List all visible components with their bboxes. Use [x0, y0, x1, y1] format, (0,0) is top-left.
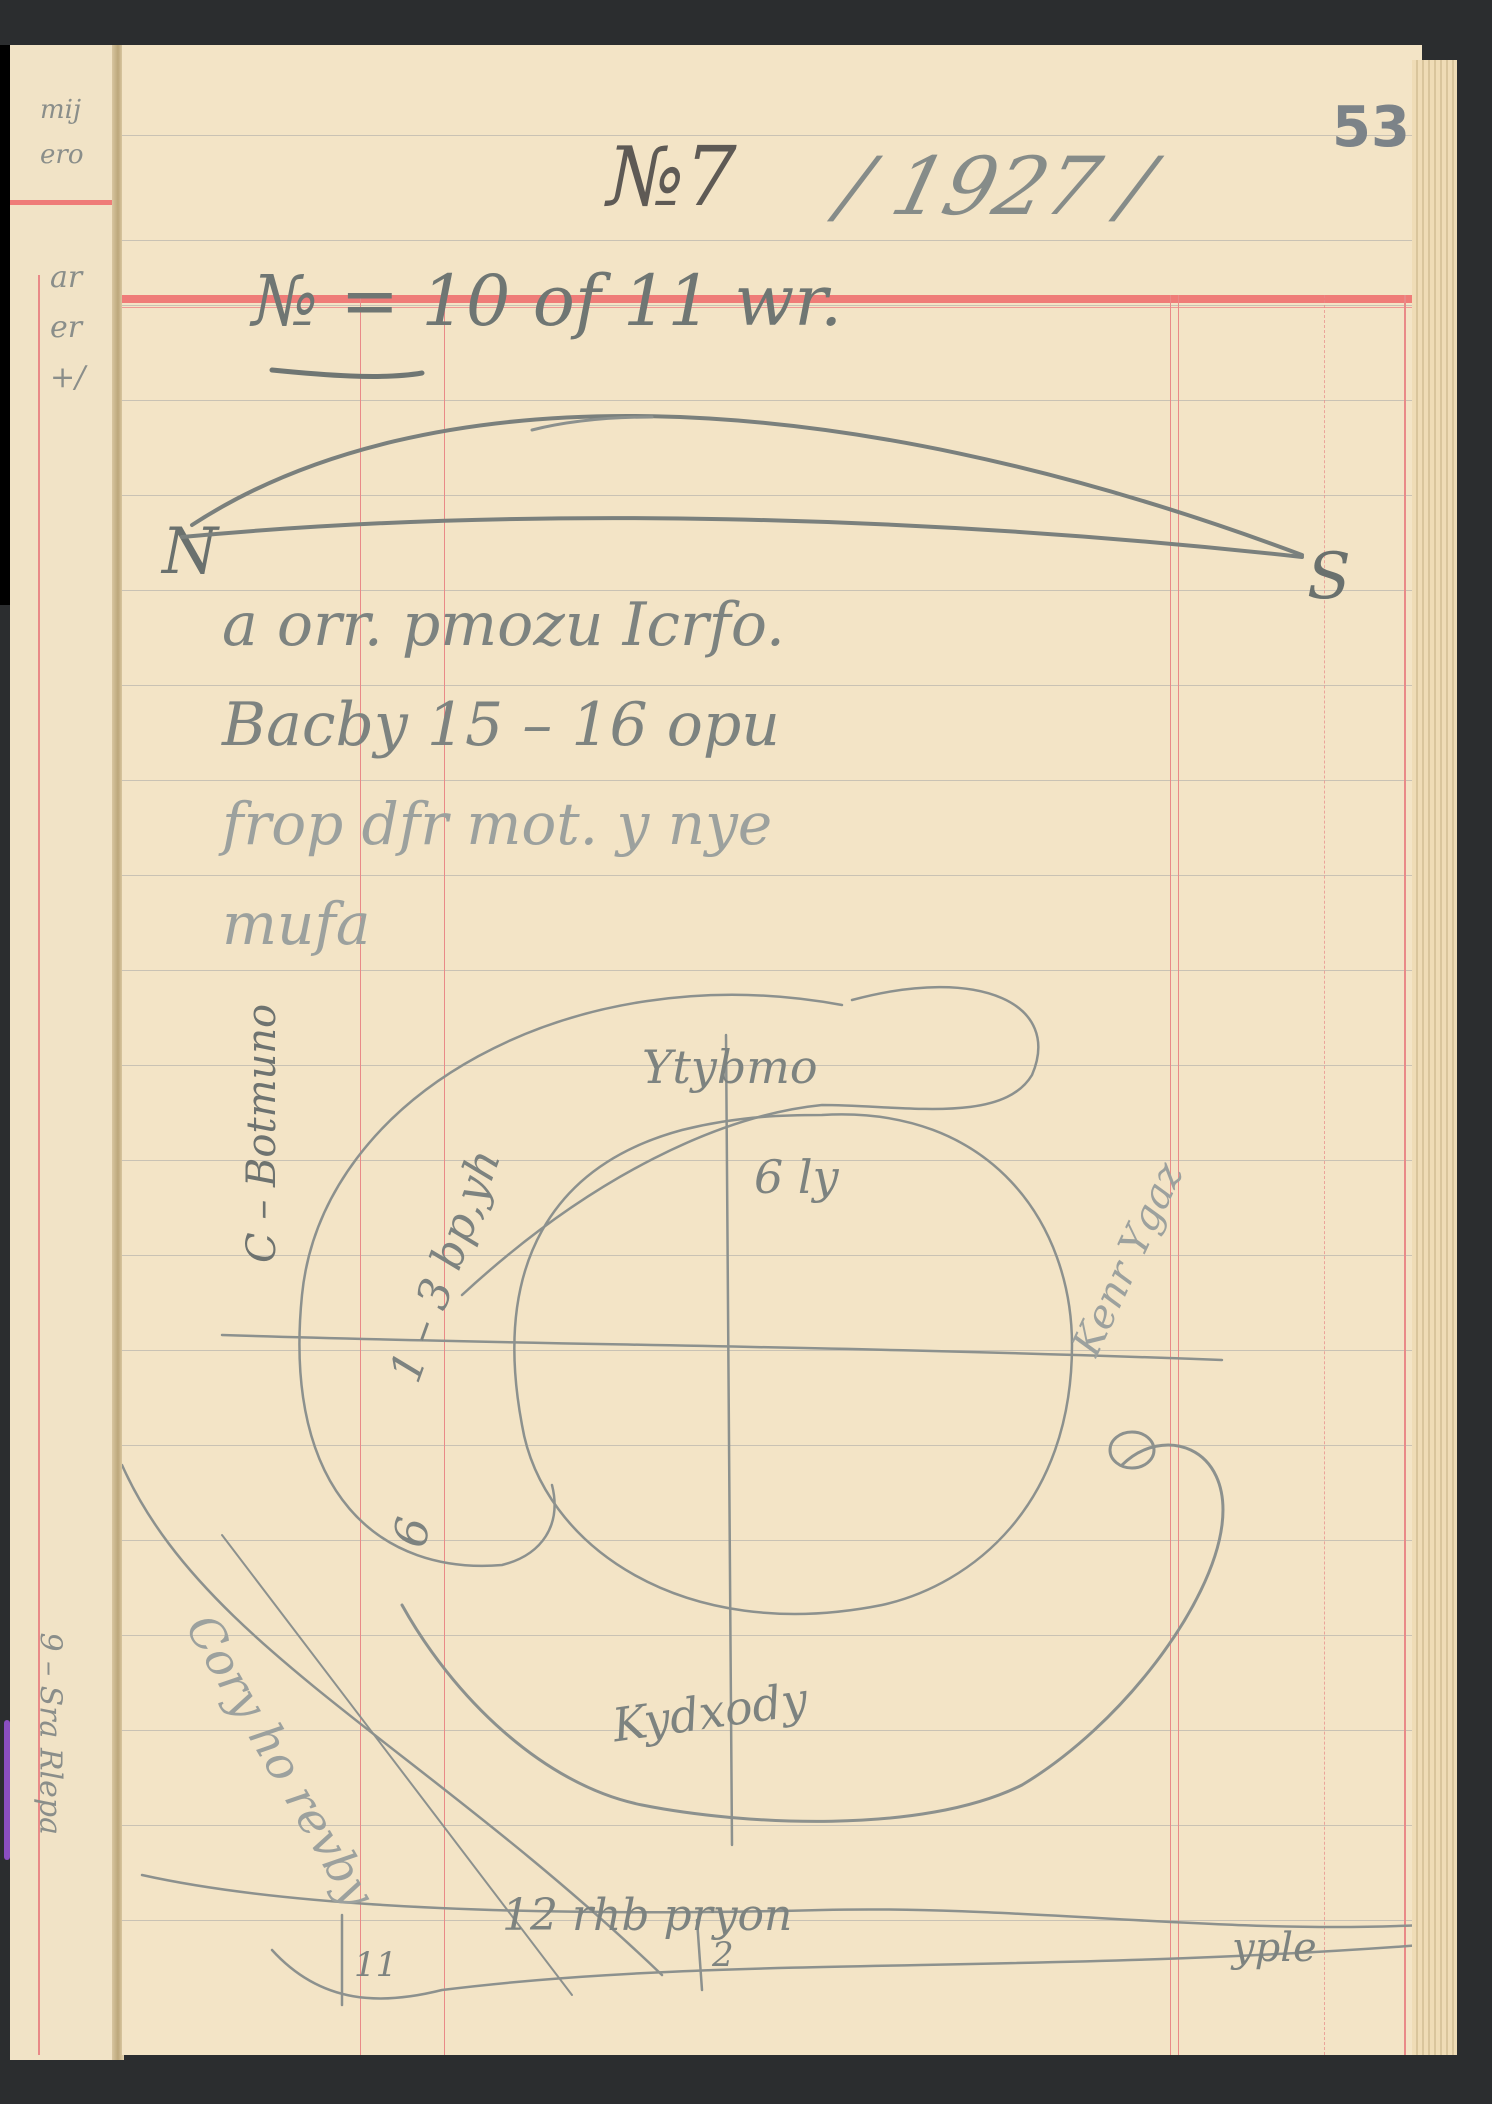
left-snippet: ar	[50, 260, 82, 295]
diagram-label-below-top: 6 ly	[754, 1150, 839, 1204]
left-snippet: mij	[40, 95, 81, 125]
left-snippet: ero	[40, 140, 83, 170]
left-snippet: er	[50, 310, 82, 345]
purple-mark	[4, 1720, 10, 1860]
diagram-label-top: Ytybmo	[642, 1040, 818, 1094]
left-snippet: +/	[50, 360, 85, 395]
left-vertical-note: 9 – Sra Rlepa	[33, 1633, 68, 1933]
left-header-rule	[10, 200, 120, 205]
box-label-left: 11	[354, 1945, 397, 1985]
diagram-label-bottom-mid: 12 rhb pryon	[502, 1890, 792, 1941]
page-edges	[1412, 60, 1457, 2055]
box-label-mid: 2	[712, 1935, 734, 1975]
left-page: mij ero ar er +/ 9 – Sra Rlepa	[10, 45, 120, 2060]
diagram-label-bottom-right: yple	[1232, 1925, 1317, 1971]
notebook-page: №7 / 1927 / 53 № = 10 of 11 wr. a orr. p…	[122, 45, 1422, 2055]
